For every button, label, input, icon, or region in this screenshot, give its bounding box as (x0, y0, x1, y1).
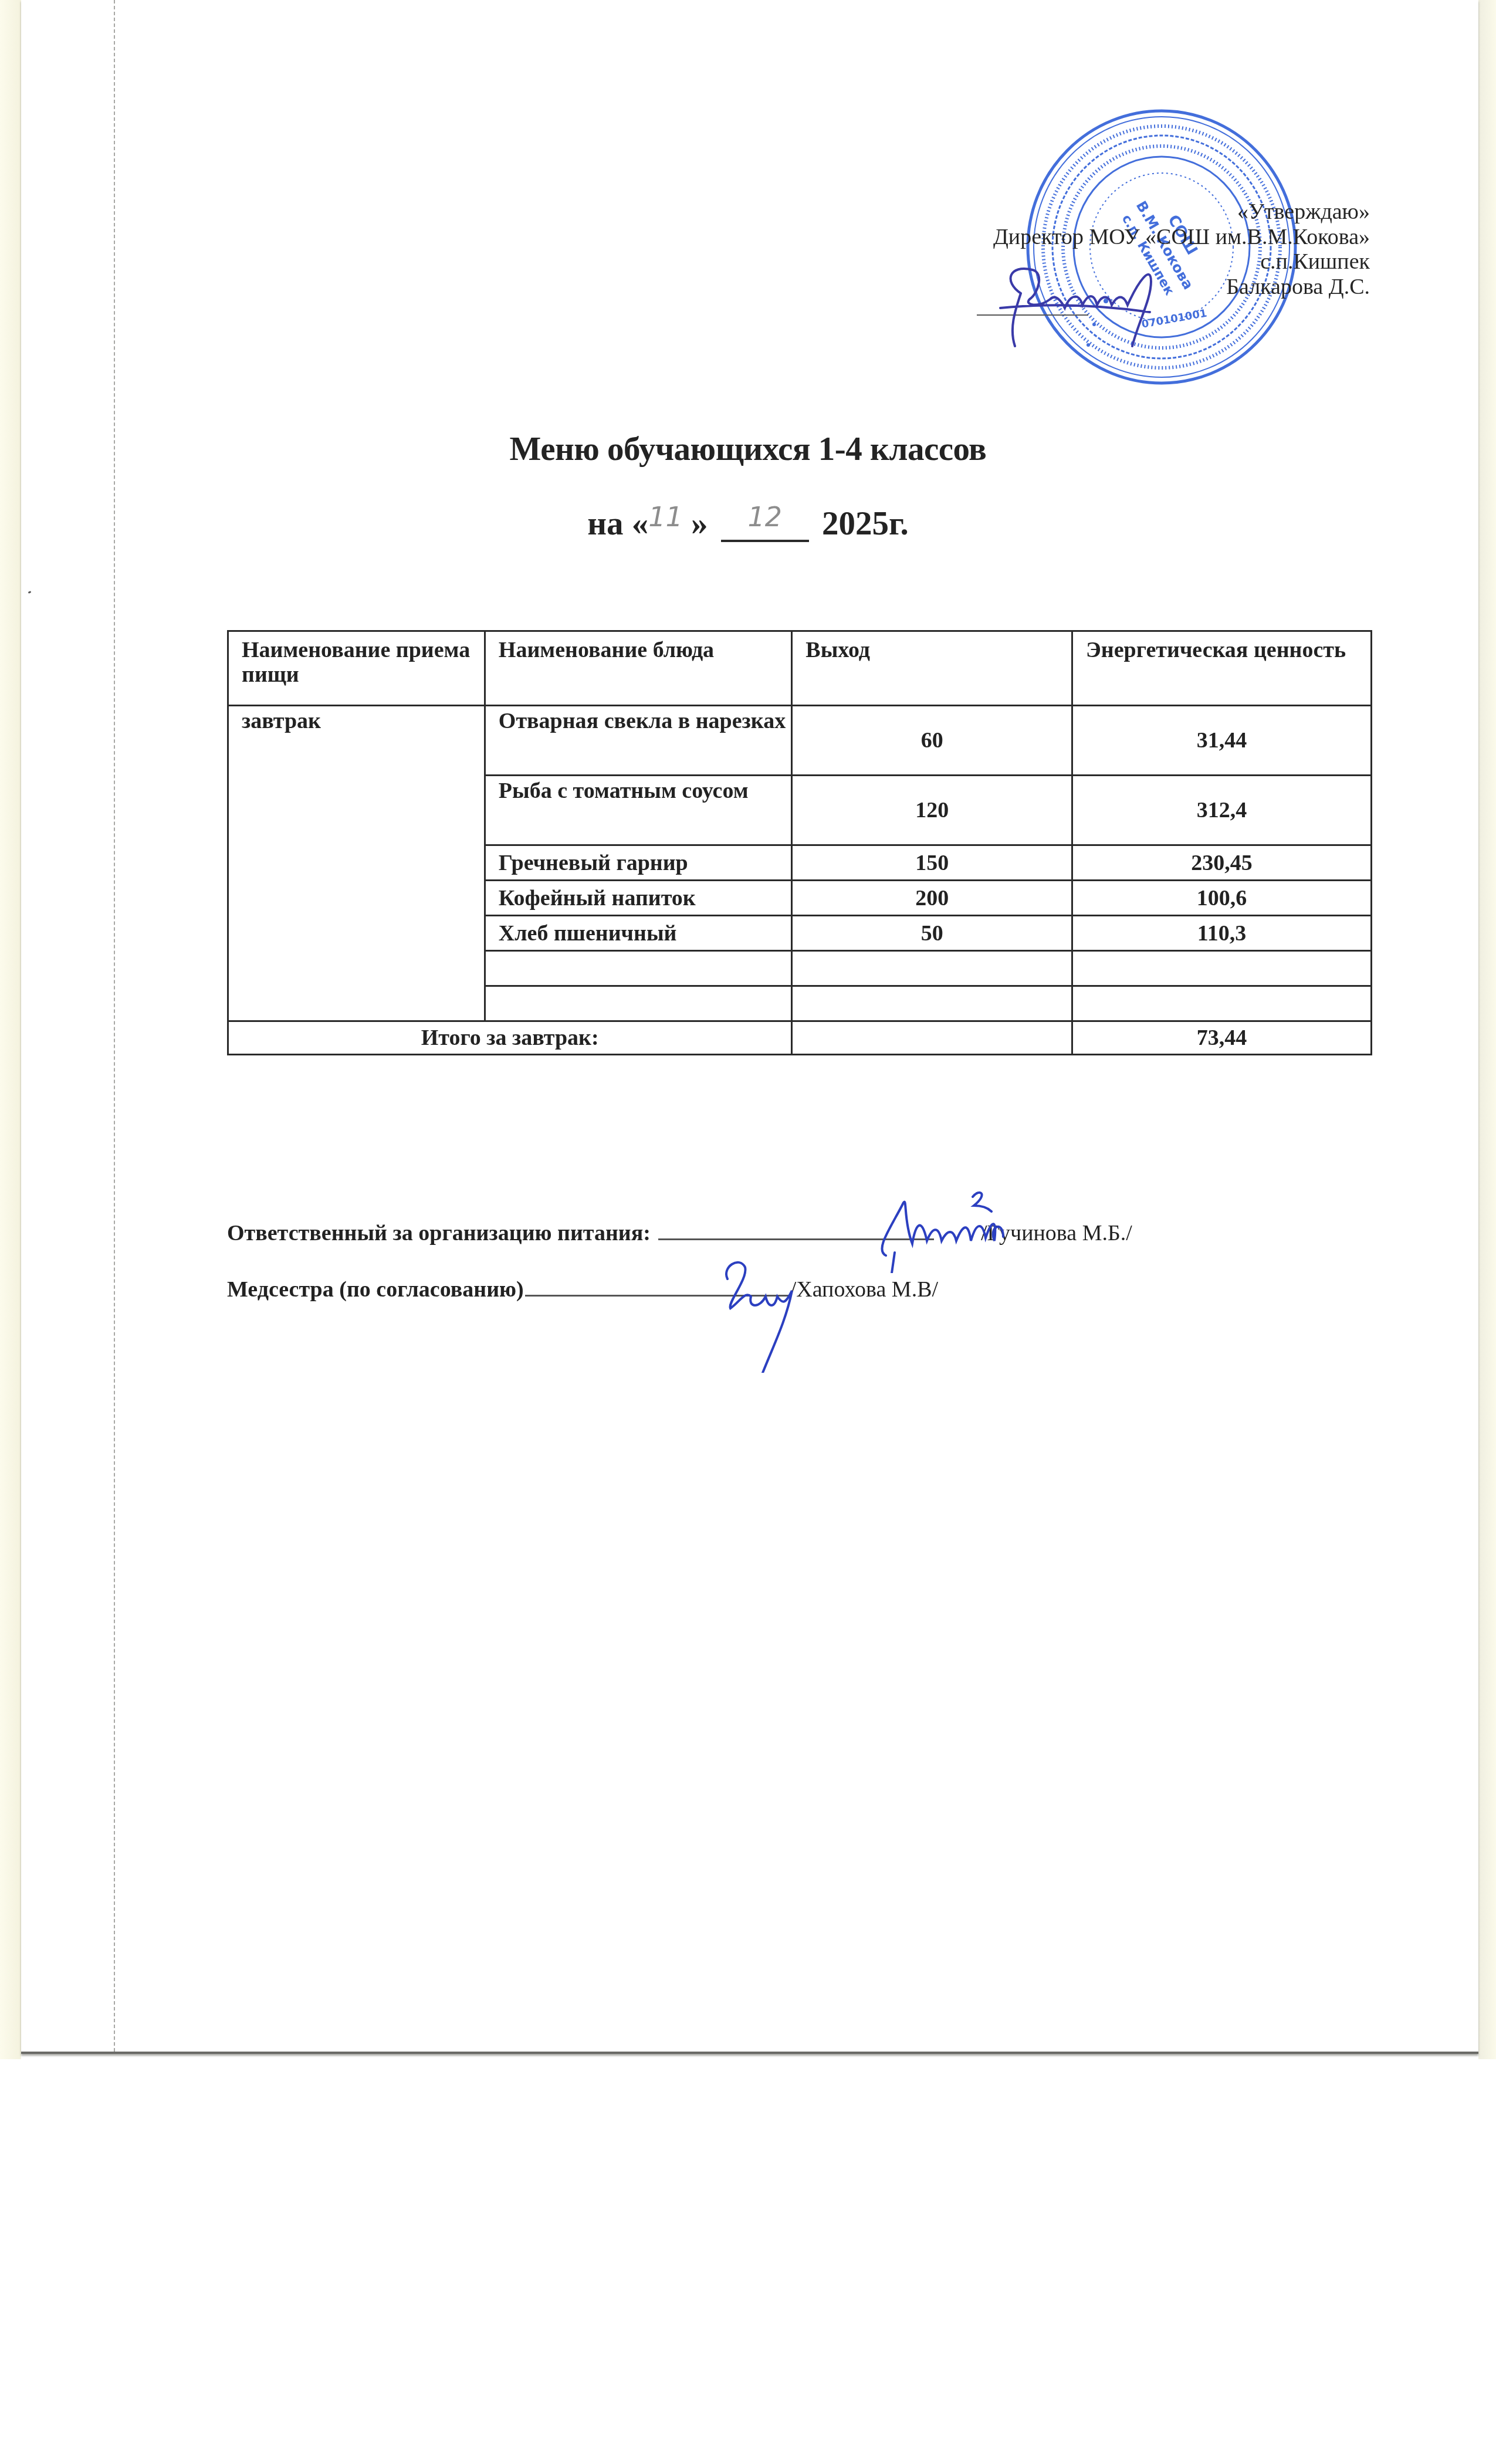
date-prefix: на « (587, 505, 648, 542)
dish-name (485, 951, 792, 986)
total-label: Итого за завтрак: (228, 1021, 792, 1055)
menu-date: на «11 » 12 2025г. (0, 505, 1496, 543)
dish-yield (792, 951, 1072, 986)
page-title: Меню обучающихся 1-4 классов (0, 430, 1496, 468)
date-month-field: 12 (721, 509, 809, 542)
dish-yield: 200 (792, 881, 1072, 916)
dish-energy: 31,44 (1072, 706, 1372, 776)
total-energy: 73,44 (1072, 1021, 1372, 1055)
responsible-label: Ответственный за организацию питания: (227, 1221, 651, 1245)
dish-yield: 150 (792, 845, 1072, 881)
scanner-background-right (1478, 0, 1496, 2059)
dish-name: Отварная свекла в нарезках (485, 706, 792, 776)
approval-heading: «Утверждаю» (993, 199, 1370, 225)
total-yield (792, 1021, 1072, 1055)
dish-energy: 230,45 (1072, 845, 1372, 881)
nurse-signature-icon (704, 1255, 833, 1373)
dish-yield: 120 (792, 776, 1072, 845)
dish-yield: 50 (792, 916, 1072, 951)
dish-energy: 110,3 (1072, 916, 1372, 951)
dish-yield: 60 (792, 706, 1072, 776)
dish-energy (1072, 951, 1372, 986)
dish-name: Гречневый гарнир (485, 845, 792, 881)
table-total-row: Итого за завтрак: 73,44 (228, 1021, 1372, 1055)
dish-name (485, 986, 792, 1021)
scanner-background-left (0, 0, 21, 2059)
header-dish: Наименование блюда (485, 631, 792, 706)
date-day: 11 (648, 501, 683, 533)
date-quote-close: » (691, 505, 708, 542)
page-fold-line (114, 0, 115, 2052)
responsible-signature-icon (868, 1185, 1056, 1273)
dish-name: Кофейный напиток (485, 881, 792, 916)
dish-name: Хлеб пшеничный (485, 916, 792, 951)
dish-energy (1072, 986, 1372, 1021)
header-yield: Выход (792, 631, 1072, 706)
table-header-row: Наименование приема пищи Наименование бл… (228, 631, 1372, 706)
menu-table: Наименование приема пищи Наименование бл… (227, 630, 1372, 1055)
table-row: завтрак Отварная свекла в нарезках 60 31… (228, 706, 1372, 776)
meal-name: завтрак (228, 706, 485, 1021)
date-month: 12 (748, 501, 783, 533)
header-energy: Энергетическая ценность (1072, 631, 1372, 706)
nurse-label: Медсестра (по согласованию) (227, 1277, 524, 1302)
date-year: 2025г. (822, 505, 909, 542)
dish-yield (792, 986, 1072, 1021)
dish-energy: 100,6 (1072, 881, 1372, 916)
dish-name: Рыба с томатным соусом (485, 776, 792, 845)
director-signature-icon (997, 258, 1185, 352)
header-meal: Наименование приема пищи (228, 631, 485, 706)
dish-energy: 312,4 (1072, 776, 1372, 845)
approval-position: Директор МОУ «СОШ им.В.М.Кокова» (993, 225, 1370, 250)
